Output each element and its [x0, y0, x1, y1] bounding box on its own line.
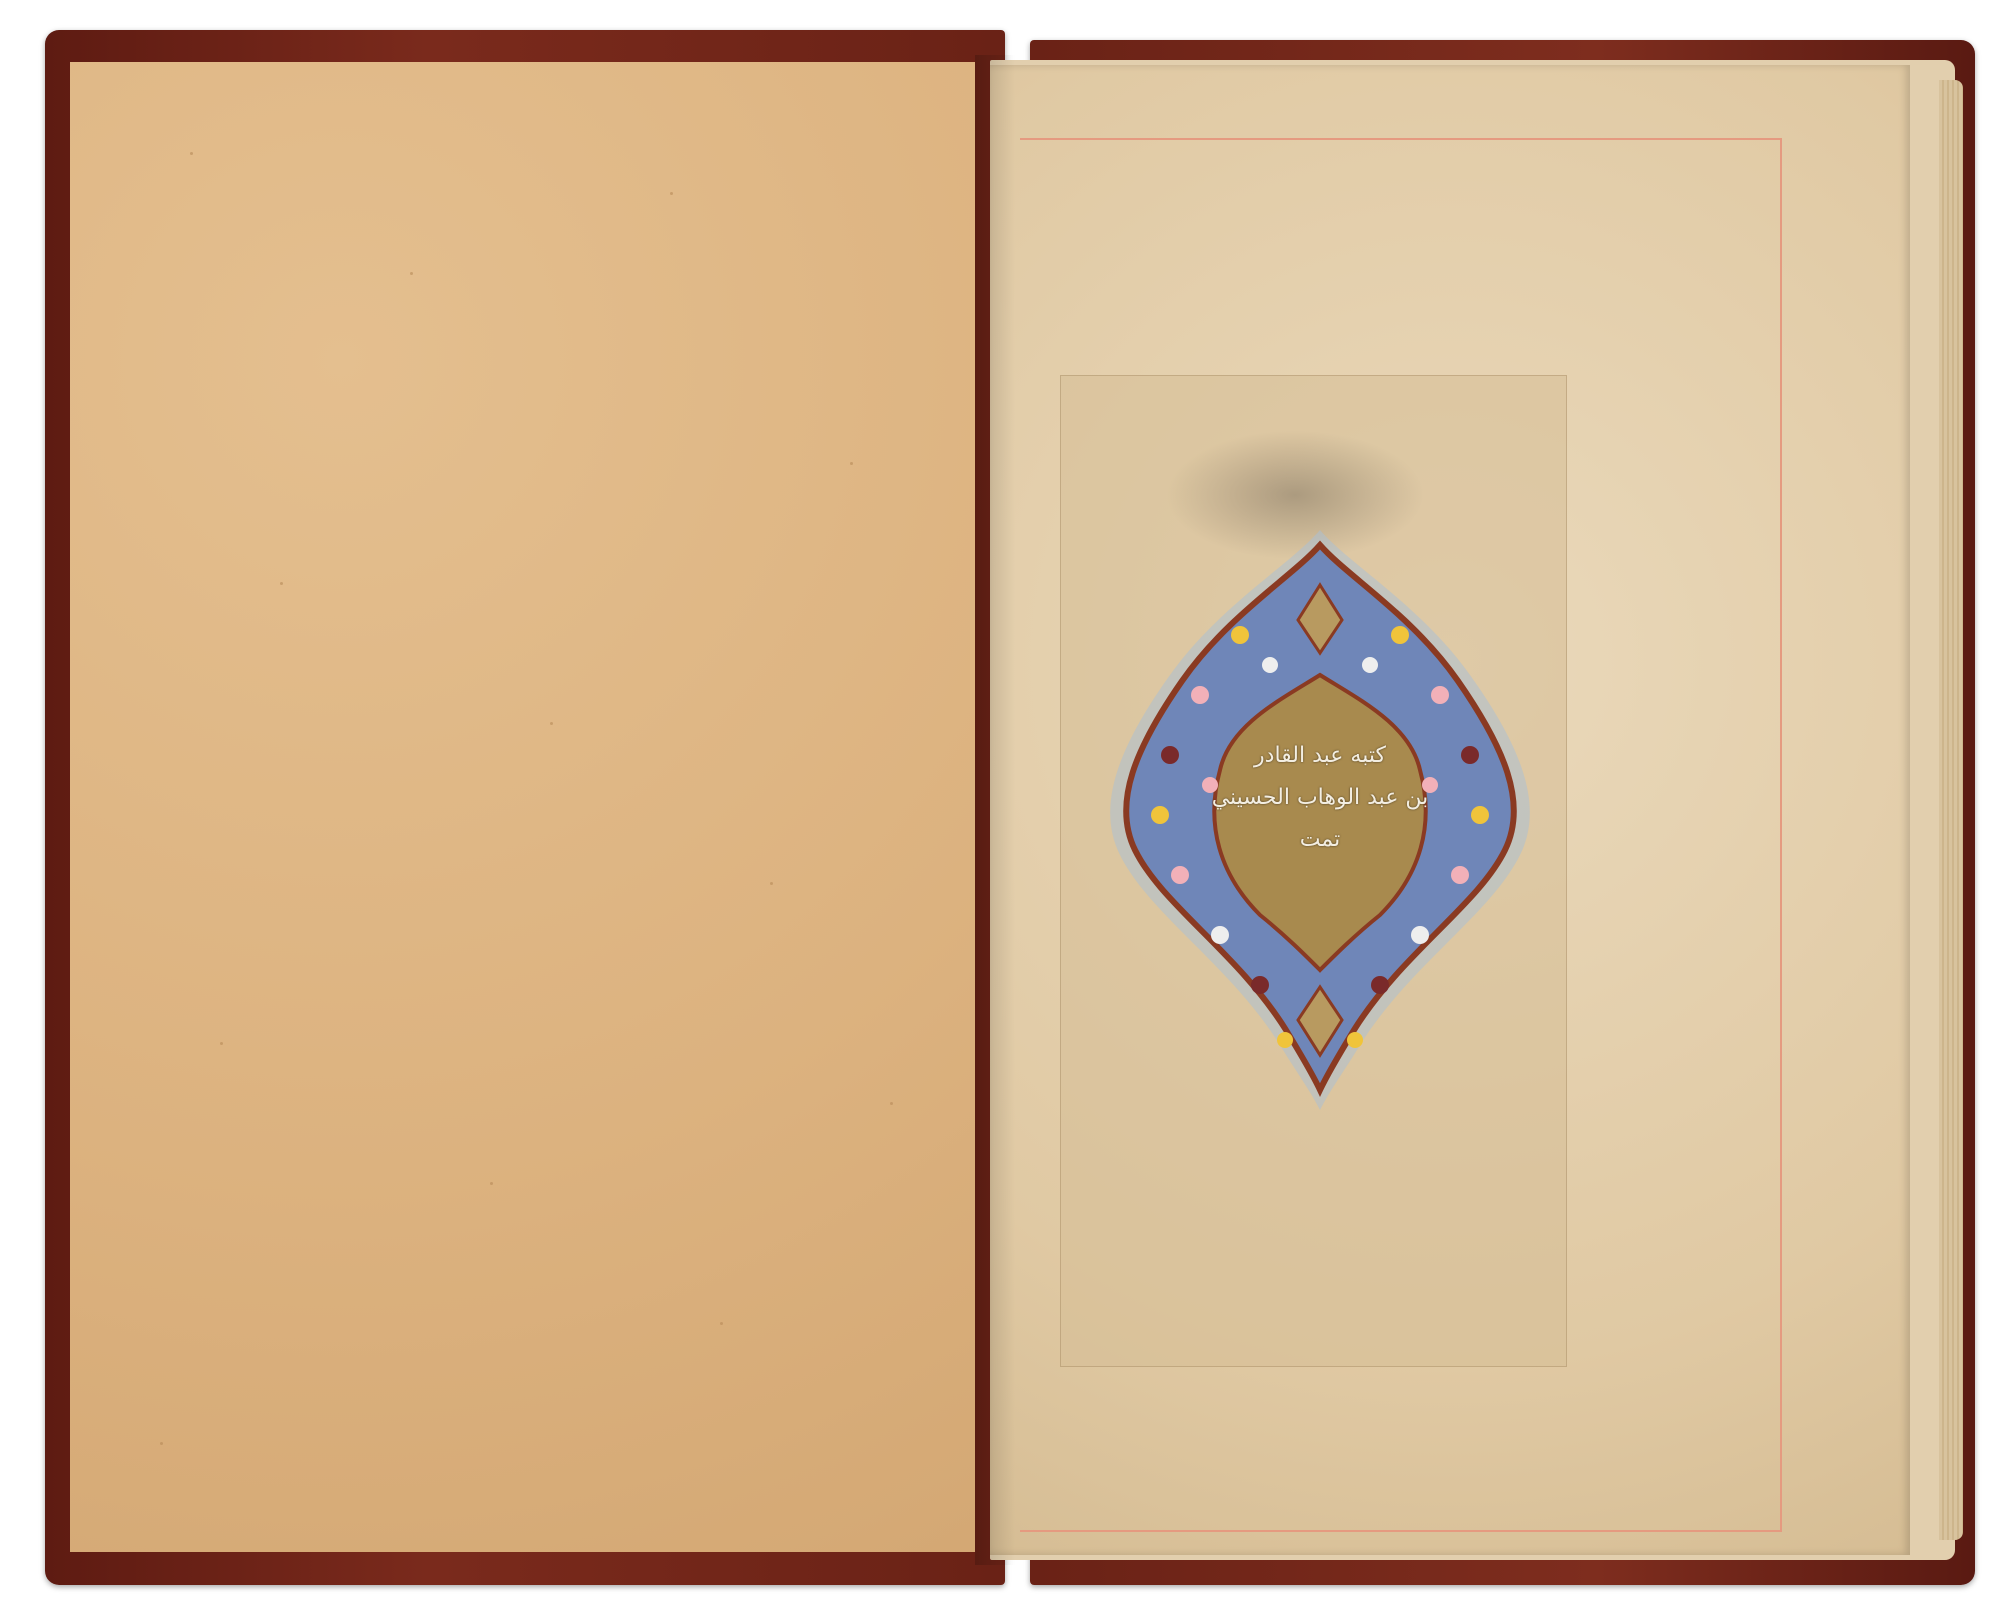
page-edges — [1939, 80, 1963, 1540]
inscription-line-3: تمت — [1175, 819, 1465, 861]
inscription-line-2: بن عبد الوهاب الحسيني — [1175, 777, 1465, 819]
medallion-inscription: كتبه عبد القادر بن عبد الوهاب الحسيني تم… — [1175, 735, 1465, 861]
left-endpaper — [70, 62, 975, 1552]
inscription-line-1: كتبه عبد القادر — [1175, 735, 1465, 777]
gutter — [975, 55, 1015, 1565]
